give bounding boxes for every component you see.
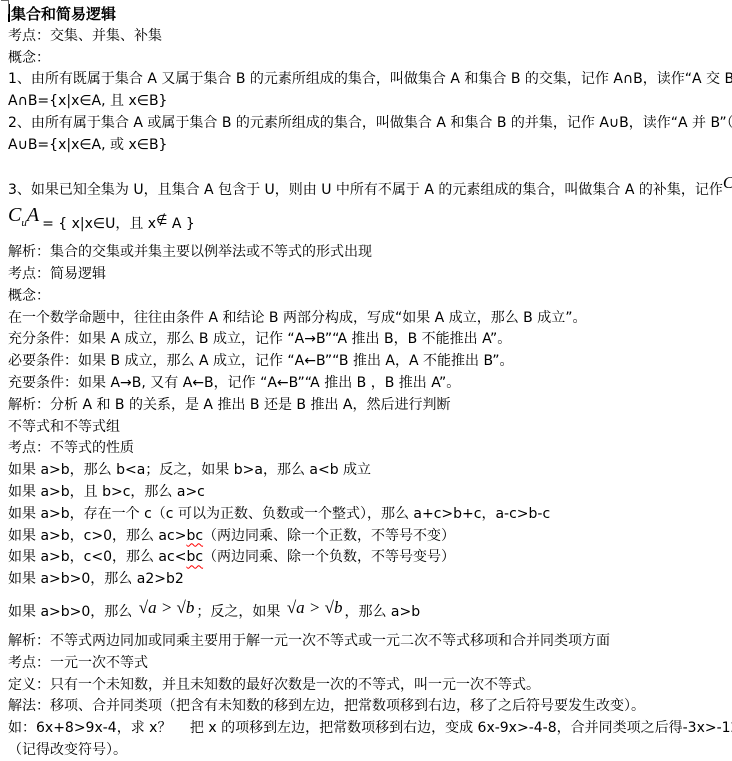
prop-neg-pre: 如果 a>b，c<0，那么 ac<	[8, 549, 186, 565]
line-heading-inequality: 不等式和不等式组	[8, 417, 732, 439]
document-title: 集合和简易逻辑	[11, 5, 116, 23]
complement-formula-inline: CuA	[723, 173, 732, 192]
line-gainian-2: 概念：	[8, 286, 732, 308]
line-def-intersection: 1、由所有既属于集合 A 又属于集合 B 的元素所组成的集合，叫做集合 A 和集…	[8, 69, 732, 91]
blank-line	[8, 157, 732, 179]
line-example-1: 如：6x+8>9x-4，求 x？ 把 x 的项移到左边，把常数项移到右边，变成 …	[8, 718, 732, 740]
line-prop-reverse: 如果 a>b，那么 b<a；反之，如果 b>a，那么 a<b 成立	[8, 460, 732, 482]
complement-eq-tail: A }	[167, 216, 194, 232]
prop-neg-bc-misspell: bc	[186, 549, 203, 565]
line-iff-condition: 充要条件：如果 A→B, 又有 A←B，记作 “A←B”“A 推出 B ，B 推…	[8, 373, 732, 395]
page-corner-mark	[1, 0, 9, 14]
line-kaodian-linear: 考点：一元一次不等式	[8, 653, 732, 675]
line-prop-square: 如果 a>b>0，那么 a2>b2	[8, 569, 732, 591]
line-prop-sqrt: 如果 a>b>0，那么 √a > √b；反之，如果 √a > √b，那么 a>b	[8, 591, 732, 631]
line-def-union: 2、由所有属于集合 A 或属于集合 B 的元素所组成的集合，叫做集合 A 和集合…	[8, 113, 732, 135]
prop-pos-post: （两边同乘、除一个正数，不等号不变）	[203, 528, 455, 544]
line-kaodian-sets: 考点：交集、并集、补集	[8, 26, 732, 48]
sqrt-pre: 如果 a>b>0，那么	[8, 604, 137, 620]
complement-text-pre: 3、如果已知全集为 U，且集合 A 包含于 U，则由 U 中所有不属于 A 的元…	[8, 182, 723, 198]
document-page[interactable]: 集合和简易逻辑 考点：交集、并集、补集 概念： 1、由所有既属于集合 A 又属于…	[0, 0, 732, 761]
line-necessary-condition: 必要条件：如果 B 成立，那么 A 成立，记作 “A←B”“B 推出 A，A 不…	[8, 351, 732, 373]
line-gainian-1: 概念：	[8, 48, 732, 70]
line-def-complement: 3、如果已知全集为 U，且集合 A 包含于 U，则由 U 中所有不属于 A 的元…	[8, 178, 732, 202]
line-formula-union: A∪B={x|x∈A, 或 x∈B}	[8, 135, 732, 157]
complement-formula-big: CuA	[8, 204, 39, 226]
sqrt-formula-1: √a > √b	[137, 598, 197, 617]
line-formula-intersection: A∩B={x|x∈A, 且 x∈B}	[8, 91, 732, 113]
line-dingyi: 定义：只有一个未知数，并且未知数的最好次数是一次的不等式，叫一元一次不等式。	[8, 675, 732, 697]
line-complement-equation: CuA= { x|x∈U，且 x∉ A }	[8, 202, 732, 242]
line-prop-negative: 如果 a>b，c<0，那么 ac<bc（两边同乘、除一个负数，不等号变号）	[8, 547, 732, 569]
notin-symbol: ∉	[156, 213, 167, 228]
prop-neg-post: （两边同乘、除一个负数，不等号变号）	[203, 549, 455, 565]
line-prop-transitive: 如果 a>b，且 b>c，那么 a>c	[8, 482, 732, 504]
line-jiexi-logic: 解析：分析 A 和 B 的关系，是 A 推出 B 还是 B 推出 A，然后进行判…	[8, 395, 732, 417]
prop-pos-pre: 如果 a>b，c>0，那么 ac>	[8, 528, 186, 544]
sqrt-formula-2: √a > √b	[285, 598, 345, 617]
title-line: 集合和简易逻辑	[8, 4, 732, 26]
line-prop-positive: 如果 a>b，c>0，那么 ac>bc（两边同乘、除一个正数，不等号不变）	[8, 526, 732, 548]
sqrt-mid: ；反之，如果	[196, 604, 284, 620]
sqrt-post: ，那么 a>b	[344, 604, 420, 620]
formula-A: A	[27, 204, 39, 226]
line-jiexi-sets: 解析：集合的交集或并集主要以例举法或不等式的形式出现	[8, 242, 732, 264]
line-jiefa: 解法：移项、合并同类项（把含有未知数的移到左边，把常数项移到右边，移了之后符号要…	[8, 696, 732, 718]
line-prop-add: 如果 a>b，存在一个 c（c 可以为正数、负数或一个整式），那么 a+c>b+…	[8, 504, 732, 526]
complement-eq-mid: = { x|x∈U，且 x	[42, 216, 156, 232]
line-logic-intro: 在一个数学命题中，往往由条件 A 和结论 B 两部分构成，写成“如果 A 成立，…	[8, 308, 732, 330]
prop-pos-bc-misspell: bc	[186, 528, 203, 544]
line-kaodian-ineq-props: 考点：不等式的性质	[8, 438, 732, 460]
line-sufficient-condition: 充分条件：如果 A 成立，那么 B 成立，记作 “A→B”“A 推出 B，B 不…	[8, 329, 732, 351]
formula-C: C	[8, 204, 21, 226]
line-example-2: （记得改变符号）。	[8, 740, 732, 761]
line-kaodian-logic: 考点：简易逻辑	[8, 264, 732, 286]
formula-C: C	[723, 173, 732, 192]
line-jiexi-ineq: 解析：不等式两边同加或同乘主要用于解一元一次不等式或一元二次不等式移项和合并同类…	[8, 631, 732, 653]
